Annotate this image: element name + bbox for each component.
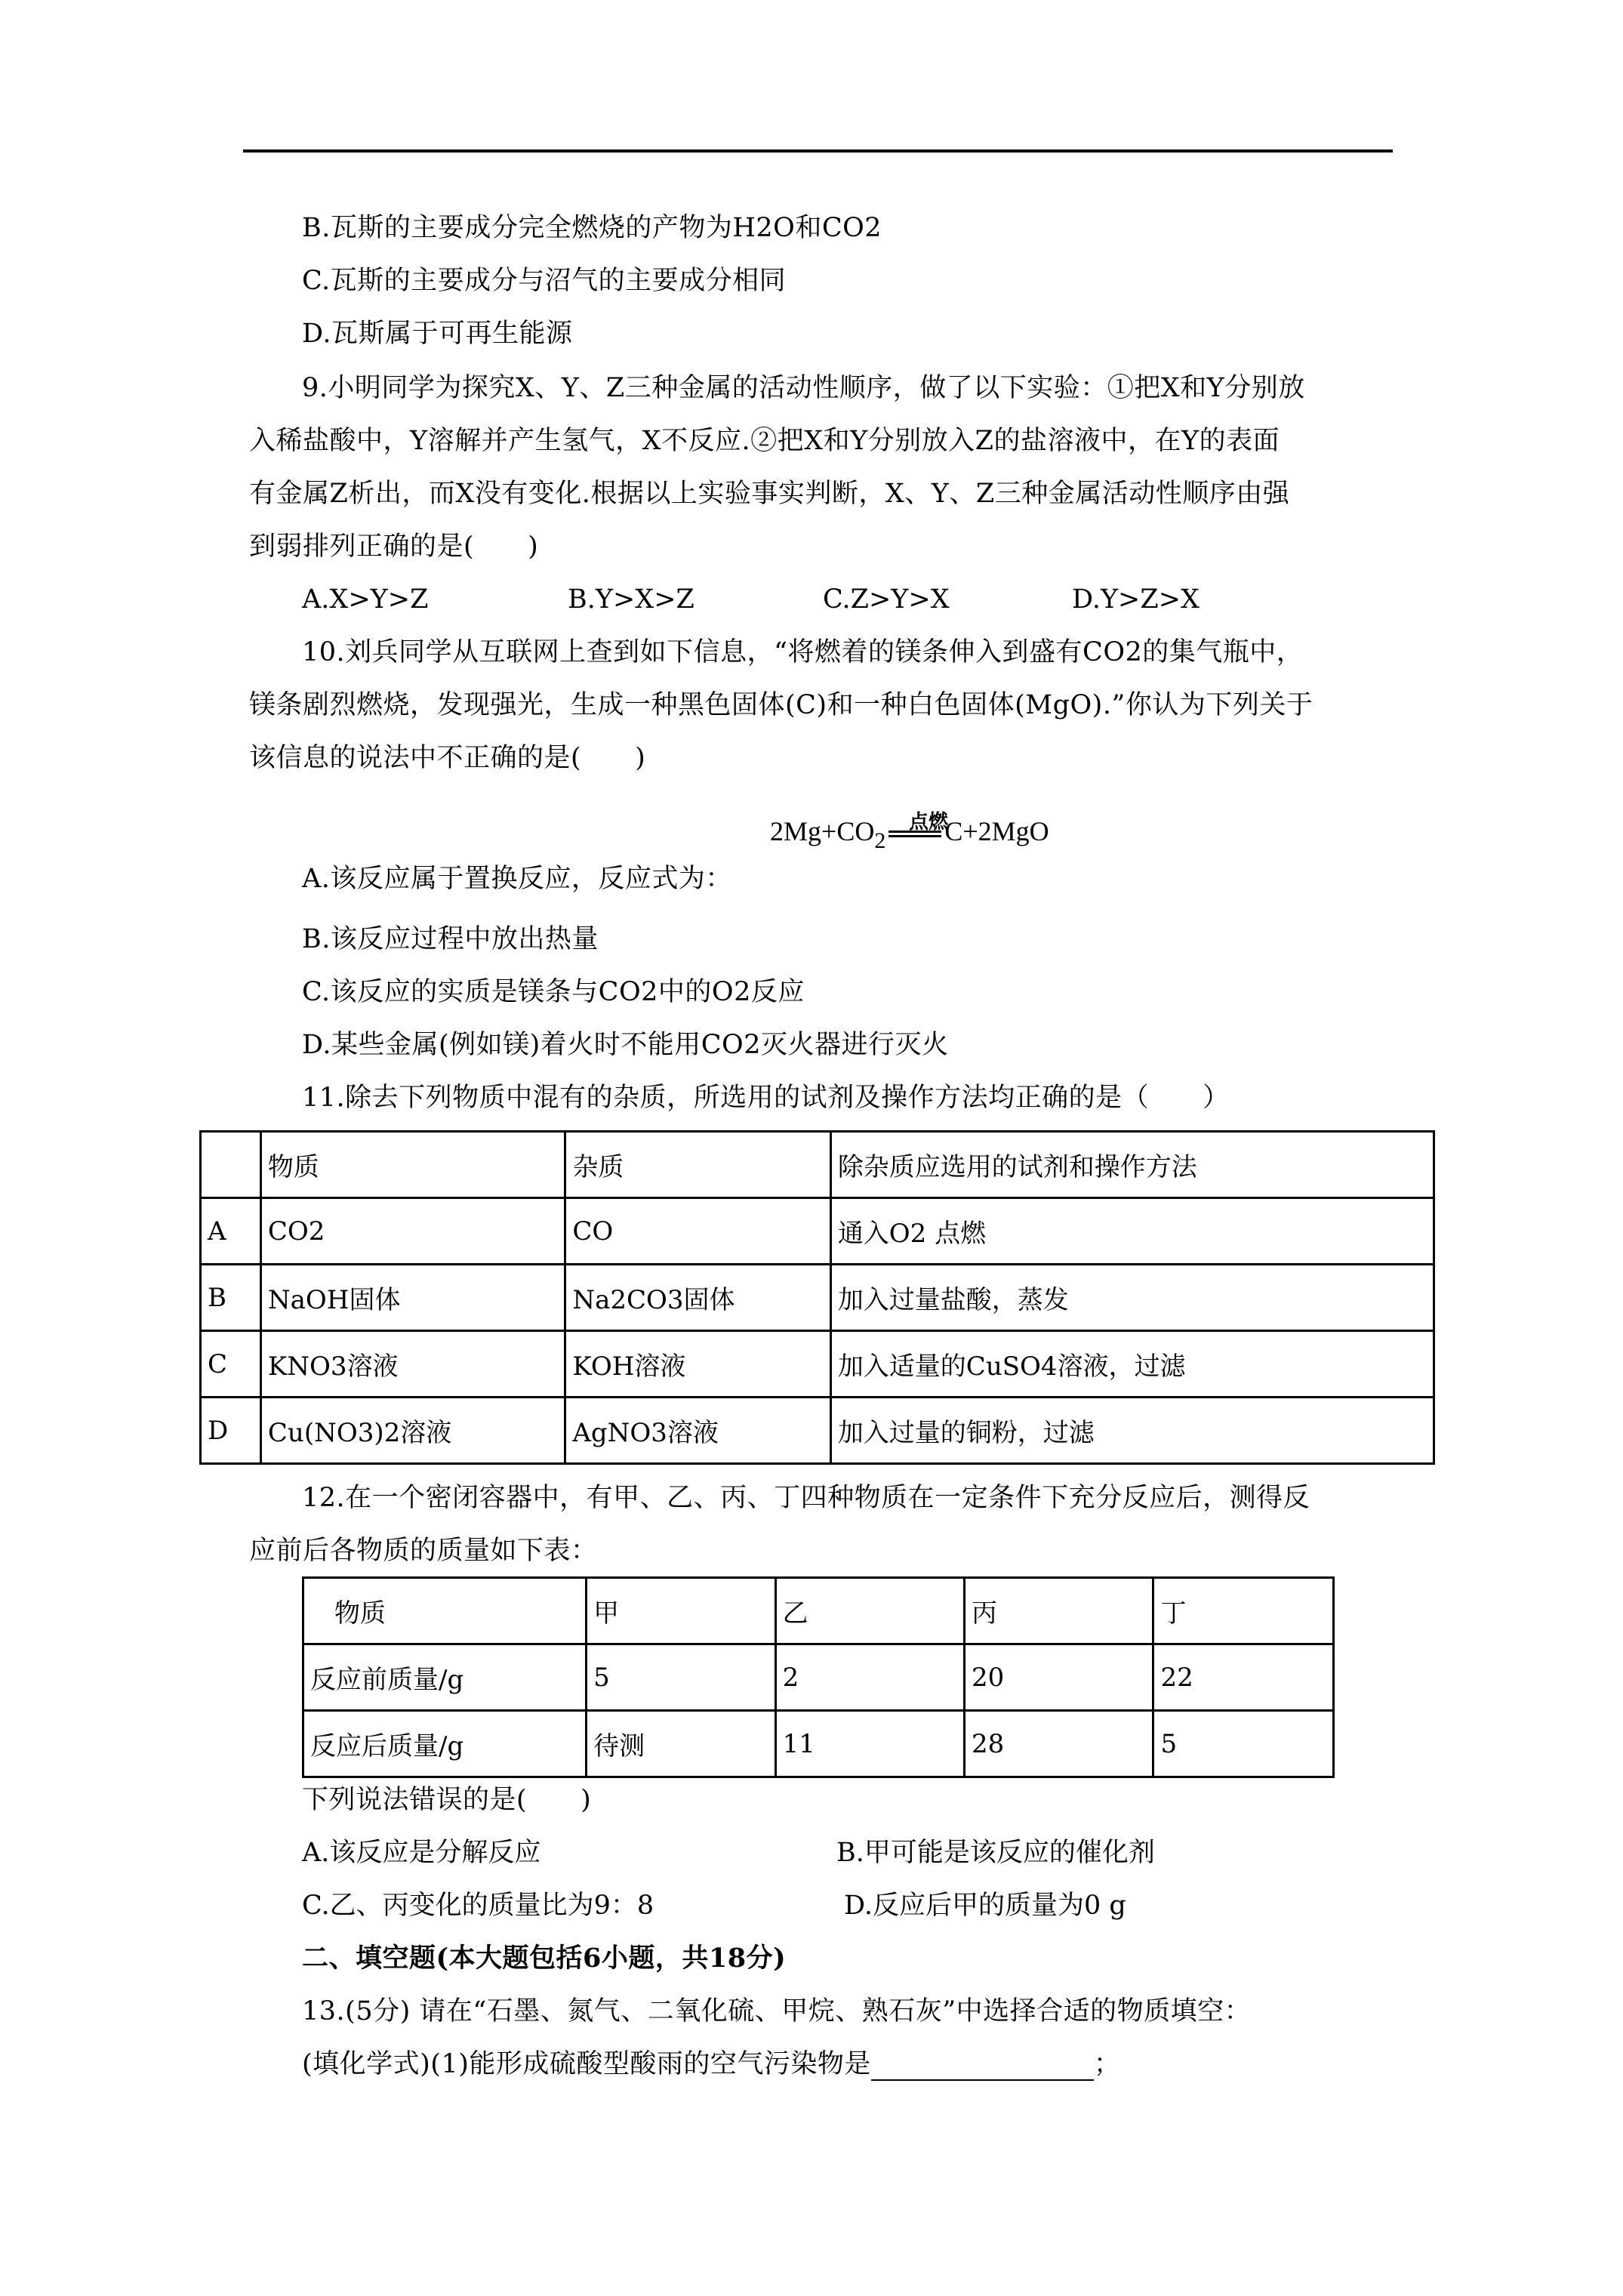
table-header-cell: 乙 [775, 1578, 964, 1644]
table-row: 反应后质量/g 待测 11 28 5 [303, 1711, 1334, 1777]
q12-question: 下列说法错误的是( ) [302, 1783, 591, 1817]
q10-stem-line2: 镁条剧烈燃烧，发现强光，生成一种黑色固体(C)和一种白色固体(MgO).”你认为… [249, 689, 1313, 722]
table-cell: CO2 [260, 1198, 565, 1265]
q10-option-d: D.某些金属(例如镁)着火时不能用CO2灭火器进行灭火 [302, 1028, 949, 1062]
table-cell: KNO3溶液 [260, 1331, 565, 1398]
table-header-cell: 甲 [587, 1578, 775, 1644]
q9-stem-line3: 有金属Z析出，而X没有变化.根据以上实验事实判断，X、Y、Z三种金属活动性顺序由… [249, 477, 1289, 510]
q10-option-a: A.该反应属于置换反应，反应式为： [302, 862, 732, 895]
table-cell: 20 [965, 1644, 1153, 1711]
q13-stem: 13.(5分) 请在“石墨、氮气、二氧化硫、甲烷、熟石灰”中选择合适的物质填空： [302, 1995, 1251, 2028]
q9-stem-line1: 9.小明同学为探究X、Y、Z三种金属的活动性顺序，做了以下实验：①把X和Y分别放 [302, 371, 1305, 405]
q11-table: 物质 杂质 除杂质应选用的试剂和操作方法 A CO2 CO 通入O2 点燃 B … [199, 1130, 1435, 1465]
q13-line1-prefix: (填化学式)(1)能形成硫酸型酸雨的空气污染物是 [302, 2049, 871, 2079]
table-cell: 11 [775, 1711, 964, 1777]
formula-reactants: 2Mg+CO [770, 816, 874, 846]
answer-blank[interactable] [871, 2051, 1094, 2081]
q8-option-b: B.瓦斯的主要成分完全燃烧的产物为H2O和CO2 [302, 211, 882, 245]
q10-stem-line1: 10.刘兵同学从互联网上查到如下信息，“将燃着的镁条伸入到盛有CO2的集气瓶中， [302, 636, 1303, 669]
q13-line1: (填化学式)(1)能形成硫酸型酸雨的空气污染物是； [302, 2048, 1120, 2081]
table-cell: 反应后质量/g [303, 1711, 587, 1777]
table-header-cell: 丙 [965, 1578, 1153, 1644]
table-cell: 加入过量的铜粉，过滤 [830, 1398, 1434, 1464]
table-header-cell: 杂质 [565, 1132, 830, 1198]
table-header-cell: 物质 [260, 1132, 565, 1198]
table-row: A CO2 CO 通入O2 点燃 [201, 1198, 1434, 1265]
table-cell: 2 [775, 1644, 964, 1711]
table-cell: AgNO3溶液 [565, 1398, 830, 1464]
table-header-cell: 丁 [1153, 1578, 1334, 1644]
q9-option-d: D.Y>Z>X [1072, 583, 1200, 616]
table-row: B NaOH固体 Na2CO3固体 加入过量盐酸，蒸发 [201, 1265, 1434, 1331]
table-cell: D [201, 1398, 261, 1464]
q10-option-c: C.该反应的实质是镁条与CO2中的O2反应 [302, 975, 805, 1009]
table-cell: 5 [1153, 1711, 1334, 1777]
table-cell: 反应前质量/g [303, 1644, 587, 1711]
table-cell: CO [565, 1198, 830, 1265]
q13-line1-suffix: ； [1094, 2049, 1121, 2079]
table-row: C KNO3溶液 KOH溶液 加入适量的CuSO4溶液，过滤 [201, 1331, 1434, 1398]
q12-stem-line1: 12.在一个密闭容器中，有甲、乙、丙、丁四种物质在一定条件下充分反应后，测得反 [302, 1481, 1310, 1515]
section-title: 二、填空题(本大题包括6小题，共18分) [302, 1942, 786, 1975]
table-cell: A [201, 1198, 261, 1265]
q9-option-a: A.X>Y>Z [302, 583, 428, 616]
q9-stem-line4: 到弱排列正确的是( ) [249, 530, 538, 563]
q8-option-d: D.瓦斯属于可再生能源 [302, 317, 572, 350]
q12-table: 物质 甲 乙 丙 丁 反应前质量/g 5 2 20 22 反应后质量/g 待测 … [302, 1576, 1335, 1778]
q12-option-d: D.反应后甲的质量为0 g [844, 1889, 1126, 1922]
table-row: 反应前质量/g 5 2 20 22 [303, 1644, 1334, 1711]
table-cell: 22 [1153, 1644, 1334, 1711]
formula-products: C+2MgO [944, 816, 1049, 846]
table-cell: C [201, 1331, 261, 1398]
table-cell: 加入过量盐酸，蒸发 [830, 1265, 1434, 1331]
reaction-formula: 2Mg+CO2C+2MgO 点燃 [770, 815, 1049, 854]
table-cell: 加入适量的CuSO4溶液，过滤 [830, 1331, 1434, 1398]
table-header-cell [201, 1132, 261, 1198]
q12-option-c: C.乙、丙变化的质量比为9：8 [302, 1889, 654, 1922]
table-cell: KOH溶液 [565, 1331, 830, 1398]
q9-option-b: B.Y>X>Z [568, 583, 694, 616]
table-row: D Cu(NO3)2溶液 AgNO3溶液 加入过量的铜粉，过滤 [201, 1398, 1434, 1464]
q12-stem-line2: 应前后各物质的质量如下表： [249, 1534, 598, 1567]
q9-option-c: C.Z>Y>X [823, 583, 950, 616]
table-cell: Na2CO3固体 [565, 1265, 830, 1331]
q11-stem: 11.除去下列物质中混有的杂质，所选用的试剂及操作方法均正确的是（ ） [302, 1081, 1230, 1114]
table-cell: B [201, 1265, 261, 1331]
table-cell: 28 [965, 1711, 1153, 1777]
formula-subscript: 2 [874, 828, 885, 853]
header-rule [243, 149, 1393, 153]
q10-stem-line3: 该信息的说法中不正确的是( ) [249, 741, 645, 775]
table-cell: 通入O2 点燃 [830, 1198, 1434, 1265]
table-cell: Cu(NO3)2溶液 [260, 1398, 565, 1464]
formula-condition: 点燃 [909, 806, 948, 834]
table-header-row: 物质 杂质 除杂质应选用的试剂和操作方法 [201, 1132, 1434, 1198]
table-cell: 5 [587, 1644, 775, 1711]
table-header-cell: 物质 [303, 1578, 587, 1644]
table-cell: 待测 [587, 1711, 775, 1777]
q12-option-a: A.该反应是分解反应 [302, 1836, 540, 1869]
q8-option-c: C.瓦斯的主要成分与沼气的主要成分相同 [302, 264, 786, 297]
q9-stem-line2: 入稀盐酸中，Y溶解并产生氢气，X不反应.②把X和Y分别放入Z的盐溶液中，在Y的表… [249, 424, 1280, 458]
table-cell: NaOH固体 [260, 1265, 565, 1331]
table-header-row: 物质 甲 乙 丙 丁 [303, 1578, 1334, 1644]
q12-option-b: B.甲可能是该反应的催化剂 [836, 1836, 1155, 1869]
table-header-cell: 除杂质应选用的试剂和操作方法 [830, 1132, 1434, 1198]
q10-option-b: B.该反应过程中放出热量 [302, 923, 599, 956]
